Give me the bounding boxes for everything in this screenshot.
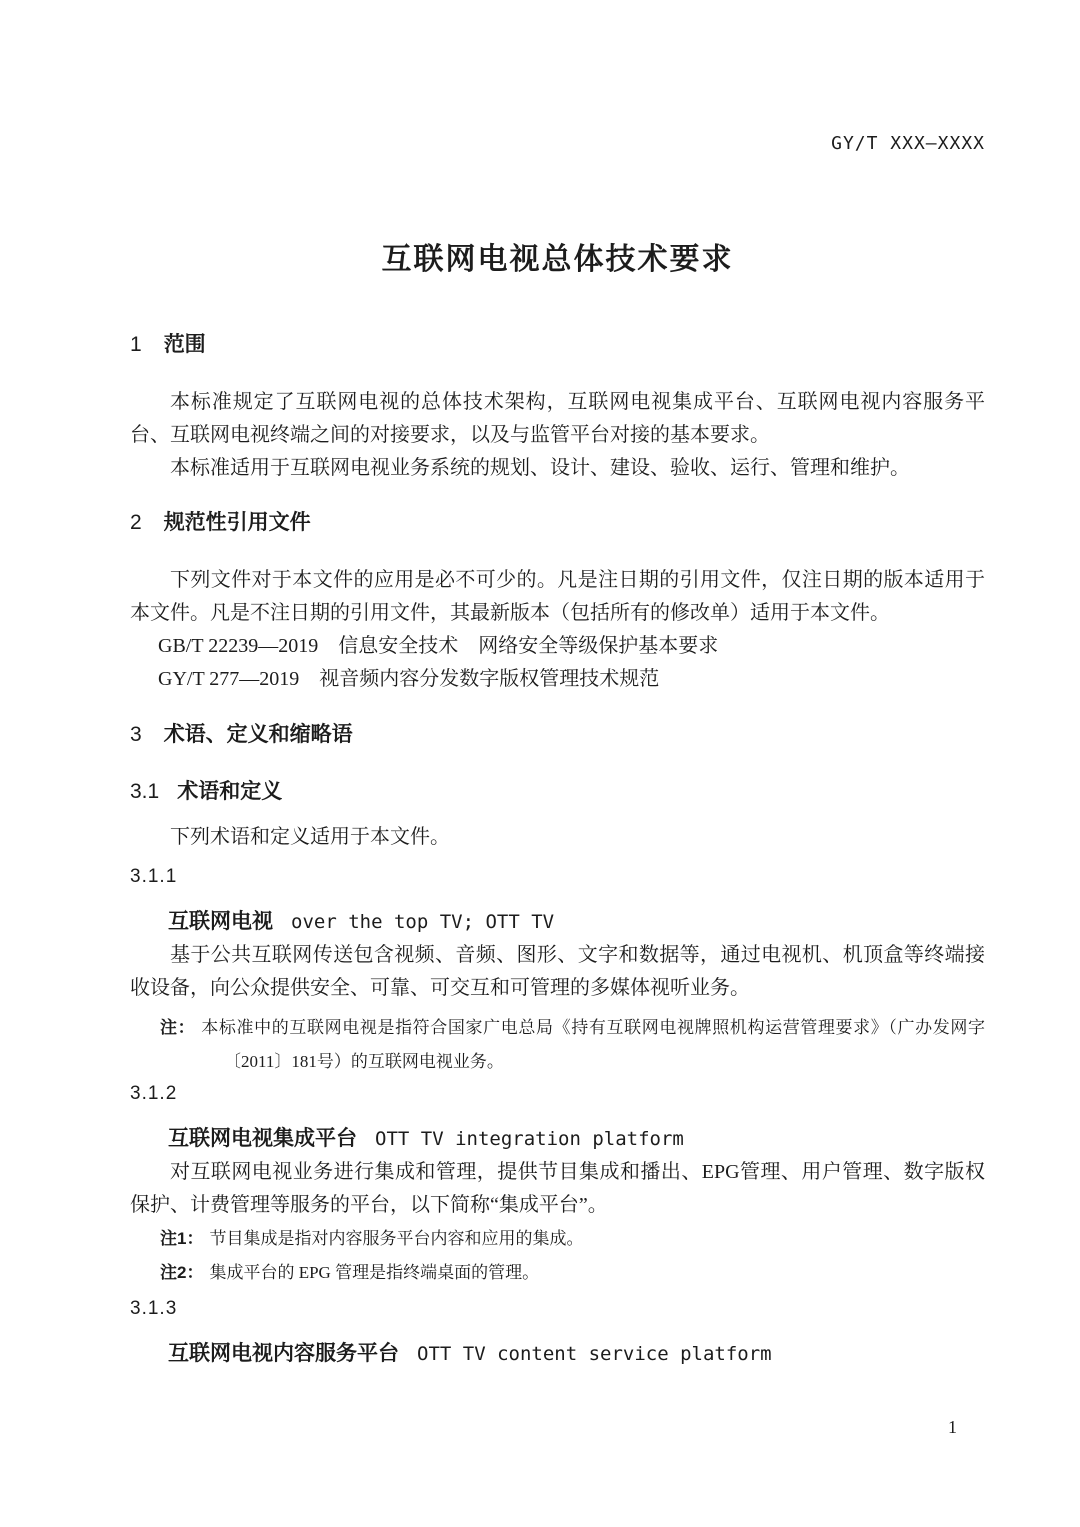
term-3-1-2: 互联网电视集成平台OTT TV integration platform bbox=[130, 1123, 985, 1154]
section-2-number: 2 bbox=[130, 511, 142, 534]
term-3-1-2-english: OTT TV integration platform bbox=[375, 1128, 684, 1150]
term-3-1-2-note-1: 注1：节目集成是指对内容服务平台内容和应用的集成。 bbox=[130, 1222, 985, 1256]
term-3-1-3-chinese: 互联网电视内容服务平台 bbox=[168, 1342, 399, 1365]
page-title: 互联网电视总体技术要求 bbox=[130, 237, 985, 283]
term-3-1-2-note-2: 注2：集成平台的 EPG 管理是指终端桌面的管理。 bbox=[130, 1256, 985, 1290]
term-3-1-1-chinese: 互联网电视 bbox=[168, 910, 273, 933]
note-text: 节目集成是指对内容服务平台内容和应用的集成。 bbox=[209, 1229, 583, 1248]
term-3-1-1-note: 注：本标准中的互联网电视是指符合国家广电总局《持有互联网电视牌照机构运营管理要求… bbox=[130, 1011, 985, 1079]
section-2-heading: 2规范性引用文件 bbox=[130, 509, 985, 537]
normative-reference: GY/T 277—2019 视音频内容分发数字版权管理技术规范 bbox=[130, 663, 985, 696]
note-label: 注： bbox=[160, 1018, 195, 1037]
note-text: 集成平台的 EPG 管理是指终端桌面的管理。 bbox=[209, 1263, 539, 1282]
section-3-heading: 3术语、定义和缩略语 bbox=[130, 721, 985, 749]
section-2-title: 规范性引用文件 bbox=[164, 511, 311, 534]
term-3-1-3: 互联网电视内容服务平台OTT TV content service platfo… bbox=[130, 1338, 985, 1369]
section-3-1-number: 3.1 bbox=[130, 780, 159, 803]
document-page: GY/T XXX—XXXX 互联网电视总体技术要求 1范围 本标准规定了互联网电… bbox=[0, 0, 1080, 1527]
clause-3-1-1-number: 3.1.1 bbox=[130, 864, 985, 890]
term-3-1-1-english: over the top TV; OTT TV bbox=[291, 911, 554, 933]
term-3-1-1: 互联网电视over the top TV; OTT TV bbox=[130, 906, 985, 937]
doc-code: GY/T XXX—XXXX bbox=[130, 133, 985, 155]
section-1-heading: 1范围 bbox=[130, 331, 985, 359]
section-1-number: 1 bbox=[130, 333, 142, 356]
section-3-title: 术语、定义和缩略语 bbox=[164, 723, 353, 746]
section-1-paragraph-2: 本标准适用于互联网电视业务系统的规划、设计、建设、验收、运行、管理和维护。 bbox=[130, 452, 985, 485]
clause-3-1-3-number: 3.1.3 bbox=[130, 1296, 985, 1322]
note-text: 本标准中的互联网电视是指符合国家广电总局《持有互联网电视牌照机构运营管理要求》（… bbox=[201, 1018, 985, 1071]
section-3-1-heading: 3.1术语和定义 bbox=[130, 778, 985, 806]
section-3-1-title: 术语和定义 bbox=[177, 780, 282, 803]
term-3-1-2-definition: 对互联网电视业务进行集成和管理，提供节目集成和播出、EPG管理、用户管理、数字版… bbox=[130, 1156, 985, 1222]
term-3-1-2-chinese: 互联网电视集成平台 bbox=[168, 1127, 357, 1150]
section-1-title: 范围 bbox=[164, 333, 206, 356]
section-1-paragraph-1: 本标准规定了互联网电视的总体技术架构，互联网电视集成平台、互联网电视内容服务平台… bbox=[130, 386, 985, 452]
term-3-1-1-definition: 基于公共互联网传送包含视频、音频、图形、文字和数据等，通过电视机、机顶盒等终端接… bbox=[130, 939, 985, 1005]
section-3-number: 3 bbox=[130, 723, 142, 746]
note-label: 注2： bbox=[160, 1263, 203, 1282]
note-label: 注1： bbox=[160, 1229, 203, 1248]
page-number: 1 bbox=[130, 1415, 985, 1439]
section-3-1-intro: 下列术语和定义适用于本文件。 bbox=[130, 821, 985, 854]
term-3-1-3-english: OTT TV content service platform bbox=[417, 1343, 772, 1365]
normative-reference: GB/T 22239—2019 信息安全技术 网络安全等级保护基本要求 bbox=[130, 630, 985, 663]
section-2-paragraph-1: 下列文件对于本文件的应用是必不可少的。凡是注日期的引用文件，仅注日期的版本适用于… bbox=[130, 564, 985, 630]
clause-3-1-2-number: 3.1.2 bbox=[130, 1081, 985, 1107]
